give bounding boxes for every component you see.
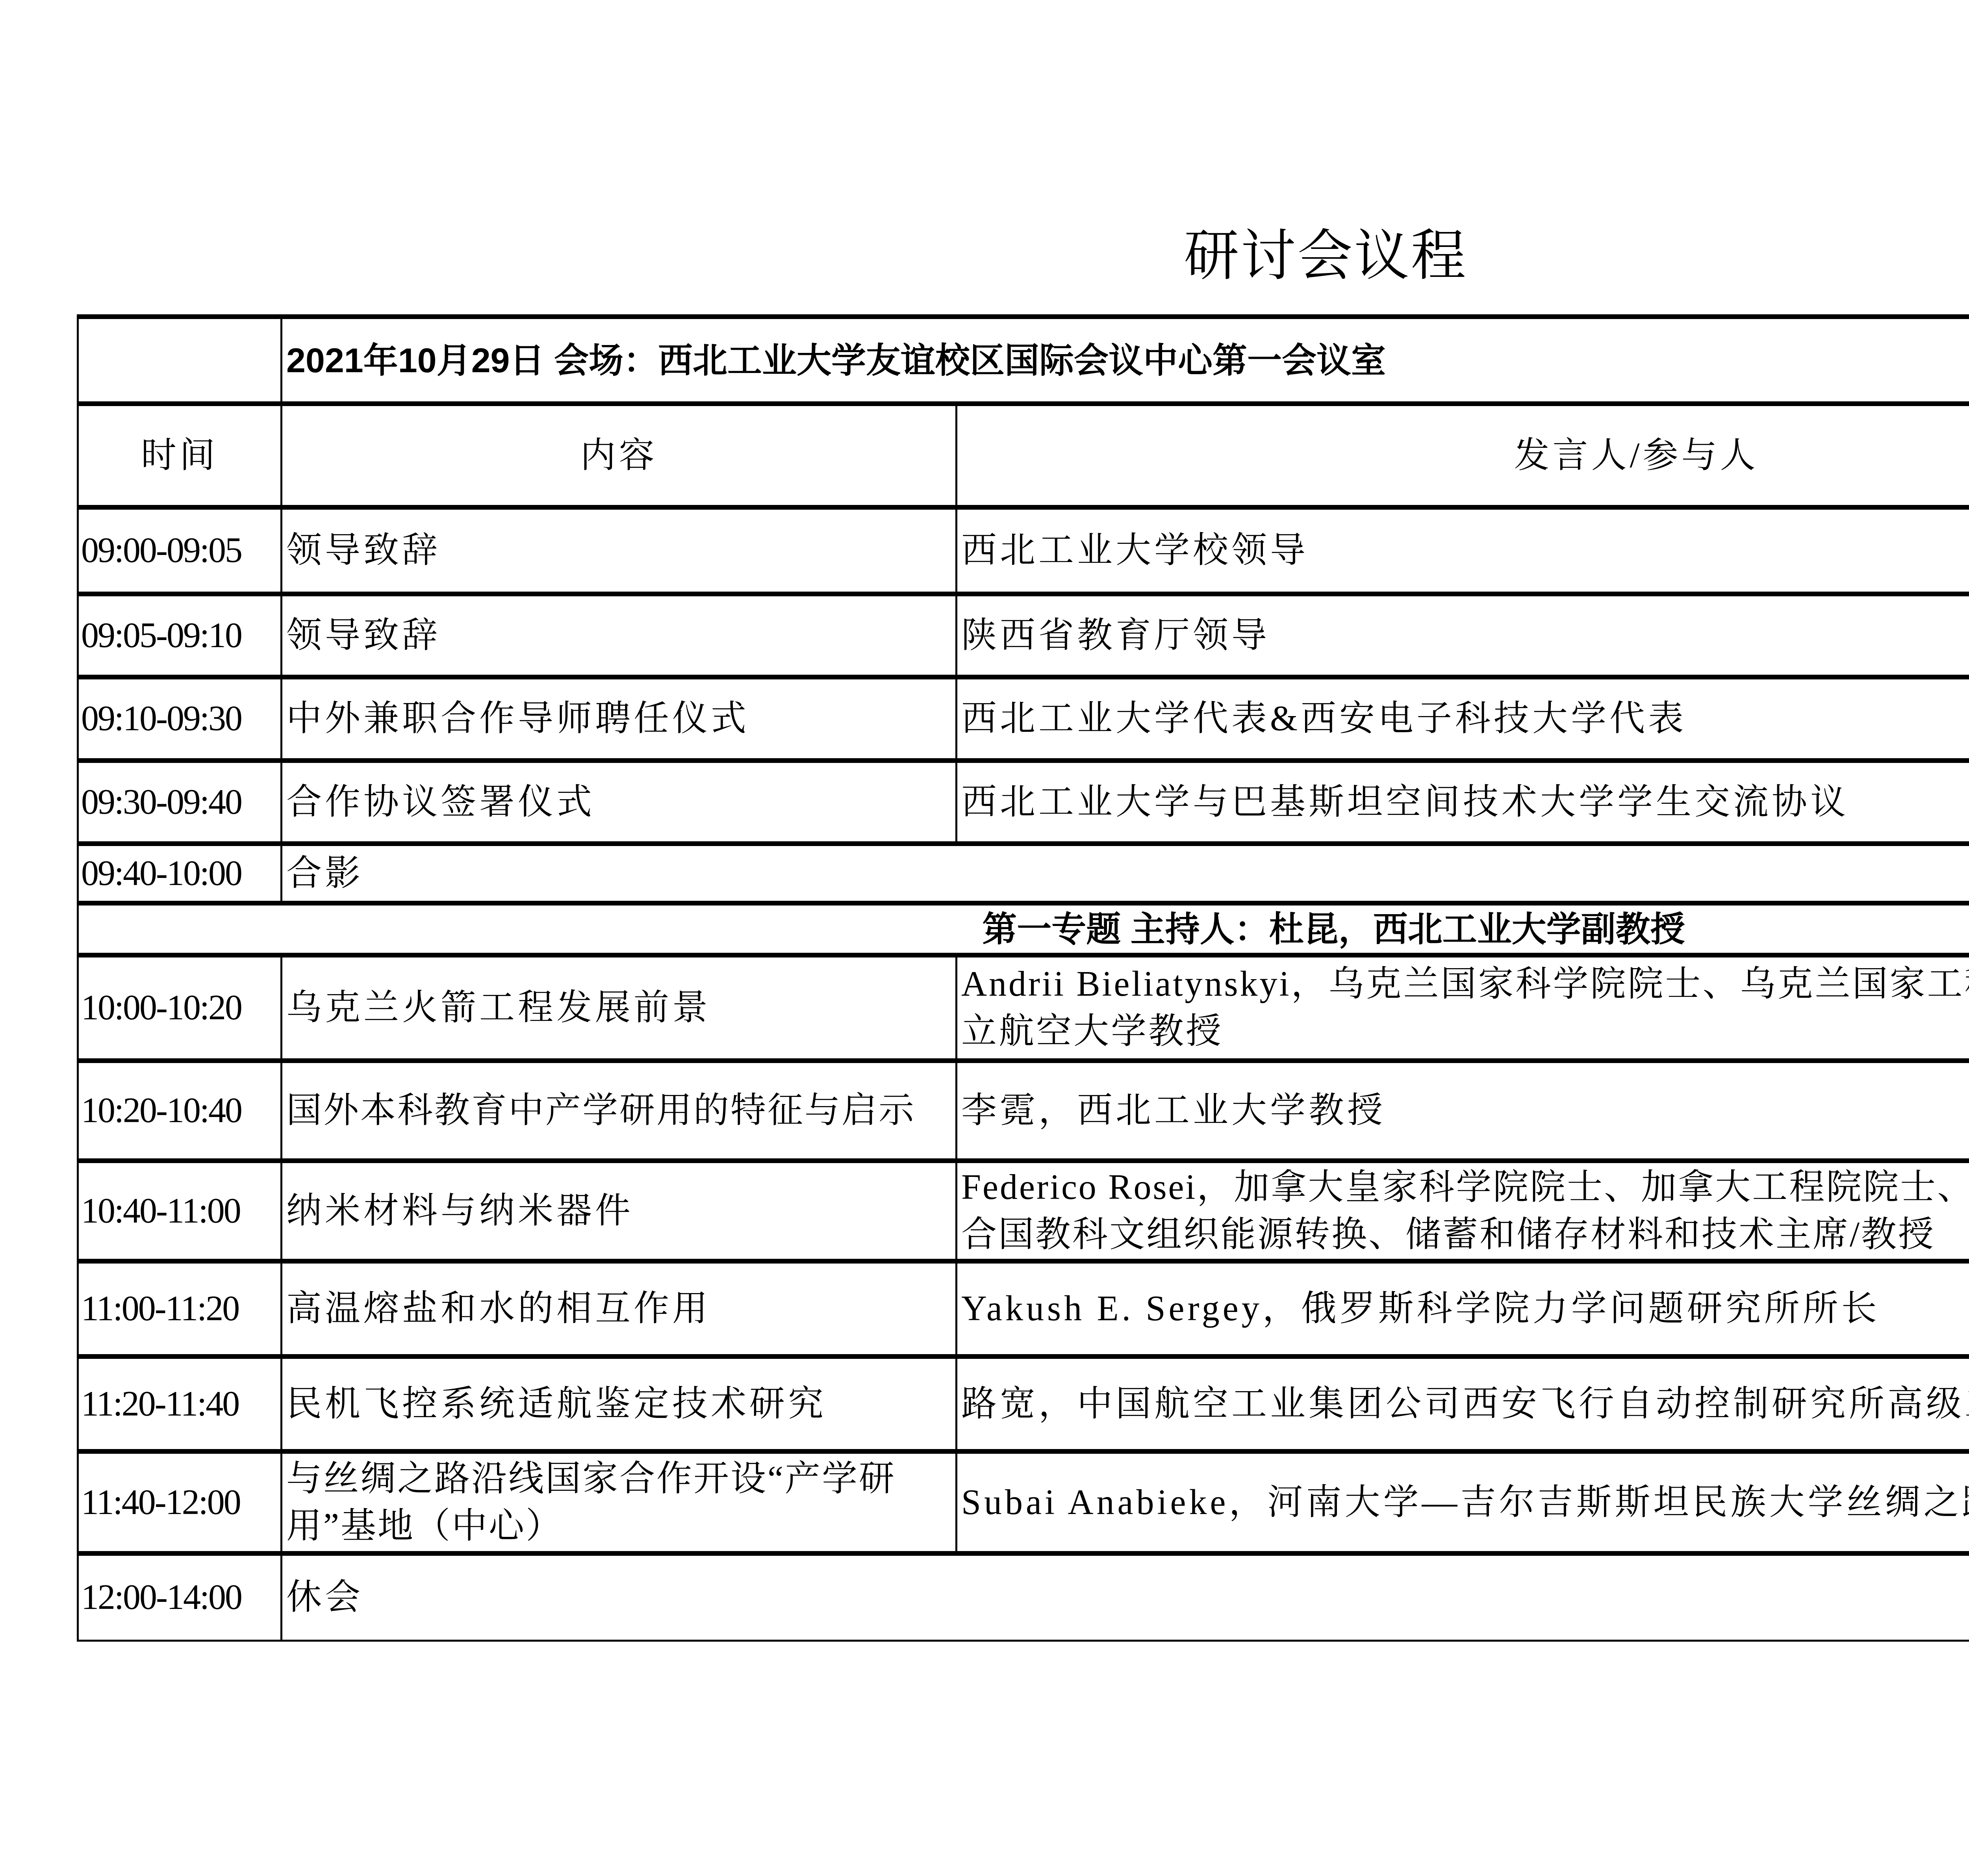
time-cell: 11:20-11:40 — [78, 1356, 282, 1451]
table-row: 11:00-11:20 高温熔盐和水的相互作用 Yakush E. Sergey… — [78, 1261, 1969, 1356]
content-cell: 领导致辞 — [282, 507, 957, 594]
photo-row: 09:40-10:00 合影 — [78, 844, 1969, 903]
table-row: 11:20-11:40 民机飞控系统适航鉴定技术研究 路宽，中国航空工业集团公司… — [78, 1356, 1969, 1451]
time-cell: 12:00-14:00 — [78, 1553, 282, 1640]
table-row: 09:05-09:10 领导致辞 陕西省教育厅领导 线下 — [78, 594, 1969, 677]
speaker-cell: Federico Rosei，加拿大皇家科学院院士、加拿大工程院院士、欧洲科学院… — [957, 1161, 1969, 1261]
time-cell: 11:00-11:20 — [78, 1261, 282, 1356]
speaker-cell: 李霓，西北工业大学教授 — [957, 1061, 1969, 1161]
header-content: 内容 — [282, 404, 957, 507]
content-cell: 民机飞控系统适航鉴定技术研究 — [282, 1356, 957, 1451]
speaker-cell: 西北工业大学与巴基斯坦空间技术大学学生交流协议 — [957, 761, 1969, 844]
page-title: 研讨会议程 — [0, 221, 1969, 291]
break-row: 12:00-14:00 休会 — [78, 1553, 1969, 1640]
time-cell: 09:30-09:40 — [78, 761, 282, 844]
table-row: 09:00-09:05 领导致辞 西北工业大学校领导 线下 — [78, 507, 1969, 594]
speaker-cell: 陕西省教育厅领导 — [957, 594, 1969, 677]
content-cell: 合影 — [282, 844, 1969, 903]
table-row: 10:40-11:00 纳米材料与纳米器件 Federico Rosei，加拿大… — [78, 1161, 1969, 1261]
time-cell: 10:40-11:00 — [78, 1161, 282, 1261]
topic-header-row: 第一专题 主持人：杜昆，西北工业大学副教授 — [78, 903, 1969, 955]
speaker-cell: Yakush E. Sergey，俄罗斯科学院力学问题研究所所长 — [957, 1261, 1969, 1356]
time-cell: 09:00-09:05 — [78, 507, 282, 594]
session-header: 2021年10月29日 会场：西北工业大学友谊校区国际会议中心第一会议室 — [282, 317, 1969, 404]
time-cell: 09:10-09:30 — [78, 677, 282, 761]
speaker-cell: 西北工业大学代表&西安电子科技大学代表 — [957, 677, 1969, 761]
speaker-cell: 西北工业大学校领导 — [957, 507, 1969, 594]
time-cell: 10:20-10:40 — [78, 1061, 282, 1161]
table-row: 10:20-10:40 国外本科教育中产学研用的特征与启示 李霓，西北工业大学教… — [78, 1061, 1969, 1161]
table-row: 11:40-12:00 与丝绸之路沿线国家合作开设“产学研用”基地（中心） Su… — [78, 1451, 1969, 1553]
header-speaker: 发言人/参与人 — [957, 404, 1969, 507]
content-cell: 领导致辞 — [282, 594, 957, 677]
content-cell: 与丝绸之路沿线国家合作开设“产学研用”基地（中心） — [282, 1451, 957, 1553]
content-cell: 高温熔盐和水的相互作用 — [282, 1261, 957, 1356]
table-row: 10:00-10:20 乌克兰火箭工程发展前景 Andrii Bieliatyn… — [78, 955, 1969, 1061]
topic-header: 第一专题 主持人：杜昆，西北工业大学副教授 — [78, 903, 1969, 955]
speaker-cell: Subai Anabieke，河南大学—吉尔吉斯斯坦民族大学丝绸之路学院院长 — [957, 1451, 1969, 1553]
time-cell: 09:40-10:00 — [78, 844, 282, 903]
speaker-cell: Andrii Bieliatynskyi，乌克兰国家科学院院士、乌克兰国家工程院… — [957, 955, 1969, 1061]
content-cell: 合作协议签署仪式 — [282, 761, 957, 844]
session-header-row: 2021年10月29日 会场：西北工业大学友谊校区国际会议中心第一会议室 — [78, 317, 1969, 404]
speaker-cell: 路宽，中国航空工业集团公司西安飞行自动控制研究所高级工程师 — [957, 1356, 1969, 1451]
empty-cell — [78, 317, 282, 404]
content-cell: 中外兼职合作导师聘任仪式 — [282, 677, 957, 761]
table-row: 09:10-09:30 中外兼职合作导师聘任仪式 西北工业大学代表&西安电子科技… — [78, 677, 1969, 761]
header-time: 时间 — [78, 404, 282, 507]
content-cell: 纳米材料与纳米器件 — [282, 1161, 957, 1261]
content-cell: 国外本科教育中产学研用的特征与启示 — [282, 1061, 957, 1161]
time-cell: 10:00-10:20 — [78, 955, 282, 1061]
time-cell: 11:40-12:00 — [78, 1451, 282, 1553]
content-cell: 休会 — [282, 1553, 1969, 1640]
table-row: 09:30-09:40 合作协议签署仪式 西北工业大学与巴基斯坦空间技术大学学生… — [78, 761, 1969, 844]
content-cell: 乌克兰火箭工程发展前景 — [282, 955, 957, 1061]
time-cell: 09:05-09:10 — [78, 594, 282, 677]
column-header-row: 时间 内容 发言人/参与人 参会形式 （线上/线下） — [78, 404, 1969, 507]
agenda-table: 2021年10月29日 会场：西北工业大学友谊校区国际会议中心第一会议室 时间 … — [77, 314, 1969, 1642]
